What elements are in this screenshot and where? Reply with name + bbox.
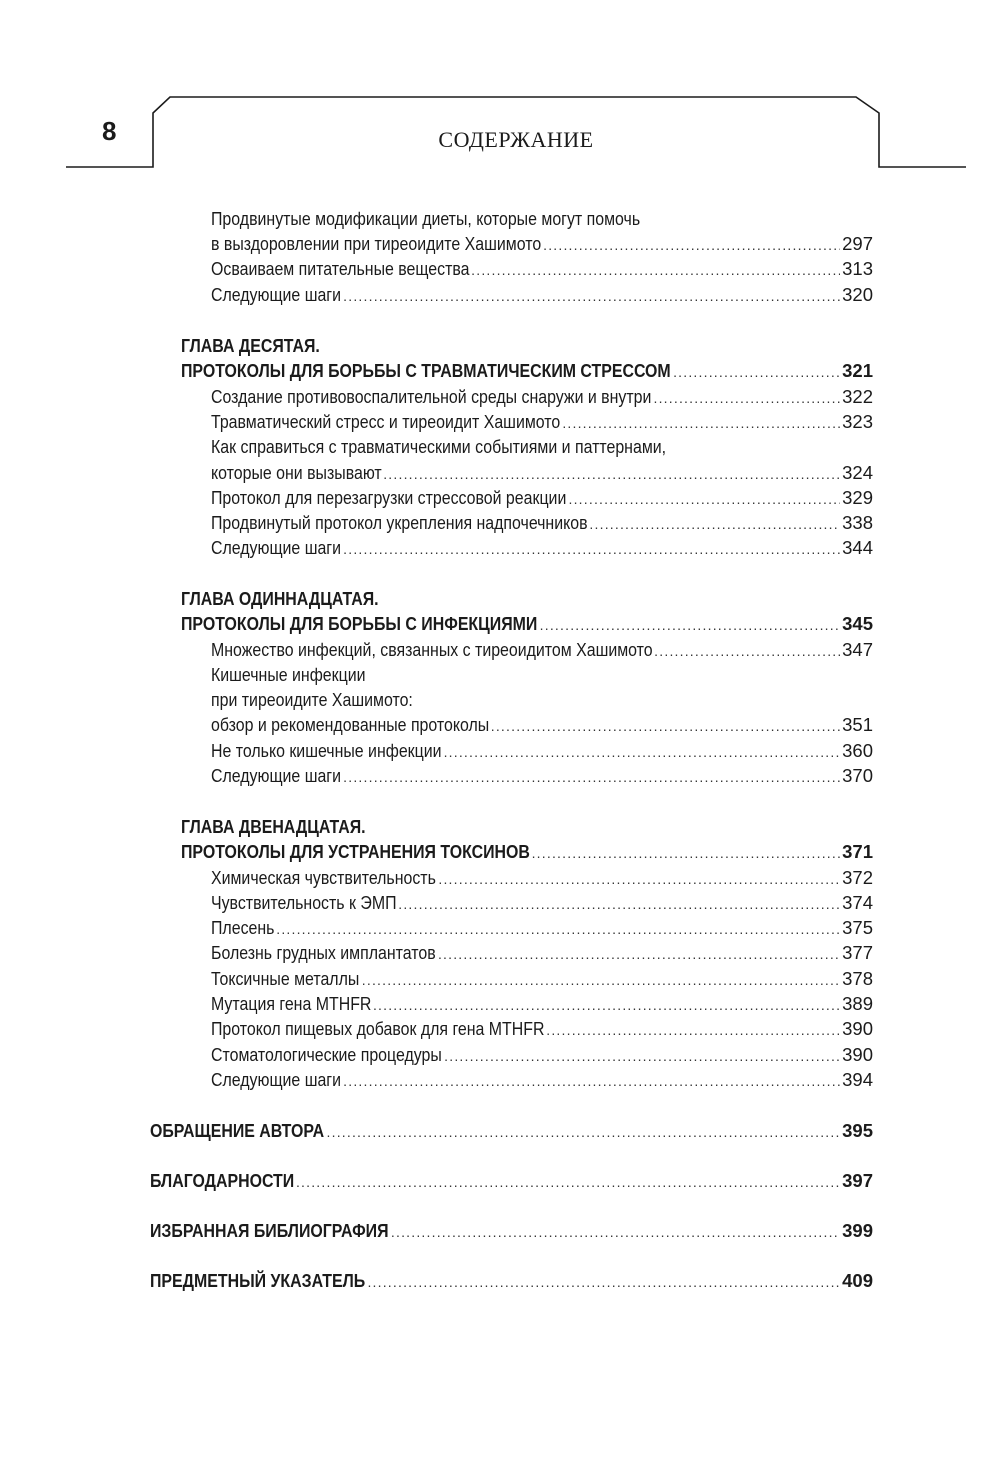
toc-entry-text: которые они вызывают (211, 461, 382, 485)
leader-dots (569, 487, 841, 510)
toc-entry-text: Чувствительность к ЭМП (211, 891, 397, 915)
toc-entry[interactable]: при тиреоидите Хашимото: (211, 688, 873, 712)
toc-entry[interactable]: Кишечные инфекции (211, 663, 873, 687)
leader-dots (543, 233, 840, 256)
toc-entry-page: 347 (842, 638, 873, 662)
toc-entry-page: 389 (842, 992, 873, 1016)
toc-entry[interactable]: Следующие шаги 320 (211, 283, 873, 307)
leader-dots (589, 512, 840, 535)
toc-entry[interactable]: которые они вызывают 324 (211, 461, 873, 485)
toc-entry-page: 390 (842, 1043, 873, 1067)
toc-entry-text: Травматический стресс и тиреоидит Хашимо… (211, 410, 560, 434)
chapter-label: ГЛАВА ДВЕНАДЦАТАЯ. (181, 815, 873, 839)
toc-entry-text: Следующие шаги (211, 1068, 341, 1092)
back-matter-page: 399 (842, 1219, 873, 1243)
toc-entry-text: Множество инфекций, связанных с тиреоиди… (211, 638, 653, 662)
toc-entry-page: 377 (842, 941, 873, 965)
leader-dots (562, 411, 840, 434)
leader-dots (343, 765, 840, 788)
toc-entry[interactable]: Чувствительность к ЭМП 374 (211, 891, 873, 915)
back-matter-title: ОБРАЩЕНИЕ АВТОРА (150, 1119, 324, 1143)
leader-dots (540, 613, 840, 636)
leader-dots (383, 462, 840, 485)
toc-entry-text: Как справиться с травматическими события… (211, 435, 666, 459)
leader-dots (444, 740, 841, 763)
toc-entry[interactable]: Множество инфекций, связанных с тиреоиди… (211, 638, 873, 662)
toc-entry-page: 394 (842, 1068, 873, 1092)
chapter-page: 371 (842, 840, 873, 864)
leader-dots (343, 537, 840, 560)
toc-entry[interactable]: Болезнь грудных имплантатов 377 (211, 941, 873, 965)
leader-dots (491, 714, 840, 737)
toc-entry-page: 322 (842, 385, 873, 409)
leader-dots (444, 1044, 840, 1067)
chapter-label-text: ГЛАВА ДЕСЯТАЯ. (181, 334, 320, 358)
toc-entry[interactable]: Мутация гена MTHFR 389 (211, 992, 873, 1016)
leader-dots (438, 942, 840, 965)
toc-entry-page: 324 (842, 461, 873, 485)
chapter-label: ГЛАВА ОДИННАДЦАТАЯ. (181, 587, 873, 611)
toc-entry[interactable]: обзор и рекомендованные протоколы 351 (211, 713, 873, 737)
chapter-title: ПРОТОКОЛЫ ДЛЯ БОРЬБЫ С ИНФЕКЦИЯМИ (181, 612, 537, 636)
toc-entry[interactable]: Протокол для перезагрузки стрессовой реа… (211, 486, 873, 510)
toc-entry-text: Мутация гена MTHFR (211, 992, 371, 1016)
back-matter-page: 397 (842, 1169, 873, 1193)
toc-entry-page: 375 (842, 916, 873, 940)
leader-dots (296, 1170, 840, 1193)
back-matter-page: 409 (842, 1269, 873, 1293)
leader-dots (673, 360, 840, 383)
toc-entry-text: Токсичные металлы (211, 967, 359, 991)
toc-entry[interactable]: Продвинутые модификации диеты, которые м… (211, 207, 873, 231)
chapter-heading[interactable]: ПРОТОКОЛЫ ДЛЯ УСТРАНЕНИЯ ТОКСИНОВ 371 (181, 840, 873, 864)
chapter-page: 321 (842, 359, 873, 383)
toc-entry-page: 329 (842, 486, 873, 510)
leader-dots (362, 968, 840, 991)
leader-dots (276, 917, 840, 940)
toc-entry-page: 320 (842, 283, 873, 307)
page-number: 8 (102, 116, 132, 146)
toc-entry[interactable]: Не только кишечные инфекции 360 (211, 739, 873, 763)
toc-entry-page: 378 (842, 967, 873, 991)
toc-entry-page: 297 (842, 232, 873, 256)
leader-dots (398, 892, 840, 915)
toc-entry-text: Следующие шаги (211, 283, 341, 307)
toc-entry-text: Протокол пищевых добавок для гена MTHFR (211, 1017, 544, 1041)
toc-entry-text: Протокол для перезагрузки стрессовой реа… (211, 486, 566, 510)
chapter-heading[interactable]: ПРОТОКОЛЫ ДЛЯ БОРЬБЫ С ИНФЕКЦИЯМИ 345 (181, 612, 873, 636)
toc-entry-text: обзор и рекомендованные протоколы (211, 713, 489, 737)
toc-entry[interactable]: Следующие шаги 394 (211, 1068, 873, 1092)
toc-entry[interactable]: Создание противовоспалительной среды сна… (211, 385, 873, 409)
toc-entry-page: 374 (842, 891, 873, 915)
back-matter-title: БЛАГОДАРНОСТИ (150, 1169, 294, 1193)
chapter-title: ПРОТОКОЛЫ ДЛЯ БОРЬБЫ С ТРАВМАТИЧЕСКИМ СТ… (181, 359, 671, 383)
toc-entry[interactable]: в выздоровлении при тиреоидите Хашимото … (211, 232, 873, 256)
chapter-page: 345 (842, 612, 873, 636)
toc-entry-text: Следующие шаги (211, 536, 341, 560)
toc-entry-page: 313 (842, 257, 873, 281)
toc-entry-page: 323 (842, 410, 873, 434)
toc-entry[interactable]: Следующие шаги 344 (211, 536, 873, 560)
toc-entry-page: 344 (842, 536, 873, 560)
back-matter-entry[interactable]: ОБРАЩЕНИЕ АВТОРА 395 (150, 1119, 873, 1143)
back-matter-title: ИЗБРАННАЯ БИБЛИОГРАФИЯ (150, 1219, 389, 1243)
leader-dots (391, 1220, 840, 1243)
leader-dots (343, 1069, 840, 1092)
toc-entry-page: 390 (842, 1017, 873, 1041)
toc-entry[interactable]: Следующие шаги 370 (211, 764, 873, 788)
leader-dots (532, 841, 841, 864)
toc-entry-text: Кишечные инфекции (211, 663, 365, 687)
toc-entry[interactable]: Протокол пищевых добавок для гена MTHFR … (211, 1017, 873, 1041)
toc-entry-text: Не только кишечные инфекции (211, 739, 442, 763)
leader-dots (654, 639, 840, 662)
leader-dots (343, 284, 840, 307)
toc-entry-text: Плесень (211, 916, 274, 940)
toc-entry[interactable]: Продвинутый протокол укрепления надпочеч… (211, 511, 873, 535)
toc-entry-text: в выздоровлении при тиреоидите Хашимото (211, 232, 541, 256)
back-matter-entry[interactable]: ПРЕДМЕТНЫЙ УКАЗАТЕЛЬ 409 (150, 1269, 873, 1293)
toc-entry[interactable]: Осваиваем питательные вещества 313 (211, 257, 873, 281)
toc-entry-text: Продвинутый протокол укрепления надпочеч… (211, 511, 588, 535)
toc-entry-text: при тиреоидите Хашимото: (211, 688, 413, 712)
header-frame (0, 0, 1000, 200)
leader-dots (373, 993, 840, 1016)
leader-dots (327, 1120, 841, 1143)
toc-entry[interactable]: Химическая чувствительность 372 (211, 866, 873, 890)
toc-entry[interactable]: Плесень 375 (211, 916, 873, 940)
toc-entry-page: 351 (842, 713, 873, 737)
toc-entry-text: Создание противовоспалительной среды сна… (211, 385, 651, 409)
toc-entry-page: 372 (842, 866, 873, 890)
leader-dots (367, 1270, 840, 1293)
toc-entry[interactable]: Травматический стресс и тиреоидит Хашимо… (211, 410, 873, 434)
toc-entry-text: Следующие шаги (211, 764, 341, 788)
toc-entry-text: Осваиваем питательные вещества (211, 257, 470, 281)
toc-entry-page: 370 (842, 764, 873, 788)
back-matter-entry[interactable]: БЛАГОДАРНОСТИ 397 (150, 1169, 873, 1193)
chapter-label-text: ГЛАВА ДВЕНАДЦАТАЯ. (181, 815, 366, 839)
leader-dots (654, 386, 841, 409)
leader-dots (546, 1018, 840, 1041)
back-matter-entry[interactable]: ИЗБРАННАЯ БИБЛИОГРАФИЯ 399 (150, 1219, 873, 1243)
toc-entry[interactable]: Токсичные металлы 378 (211, 967, 873, 991)
chapter-heading[interactable]: ПРОТОКОЛЫ ДЛЯ БОРЬБЫ С ТРАВМАТИЧЕСКИМ СТ… (181, 359, 873, 383)
chapter-title: ПРОТОКОЛЫ ДЛЯ УСТРАНЕНИЯ ТОКСИНОВ (181, 840, 530, 864)
leader-dots (471, 258, 840, 281)
toc-entry-text: Продвинутые модификации диеты, которые м… (211, 207, 640, 231)
chapter-label-text: ГЛАВА ОДИННАДЦАТАЯ. (181, 587, 379, 611)
toc-entry-page: 338 (842, 511, 873, 535)
leader-dots (438, 867, 840, 890)
back-matter-title: ПРЕДМЕТНЫЙ УКАЗАТЕЛЬ (150, 1269, 365, 1293)
back-matter-page: 395 (842, 1119, 873, 1143)
toc-entry-text: Болезнь грудных имплантатов (211, 941, 436, 965)
toc-entry-text: Химическая чувствительность (211, 866, 436, 890)
toc-entry-page: 360 (842, 739, 873, 763)
toc-entry-text: Стоматологические процедуры (211, 1043, 442, 1067)
chapter-label: ГЛАВА ДЕСЯТАЯ. (181, 334, 873, 358)
toc-entry[interactable]: Стоматологические процедуры 390 (211, 1043, 873, 1067)
running-header-title: СОДЕРЖАНИЕ (336, 127, 696, 153)
toc-entry[interactable]: Как справиться с травматическими события… (211, 435, 873, 459)
